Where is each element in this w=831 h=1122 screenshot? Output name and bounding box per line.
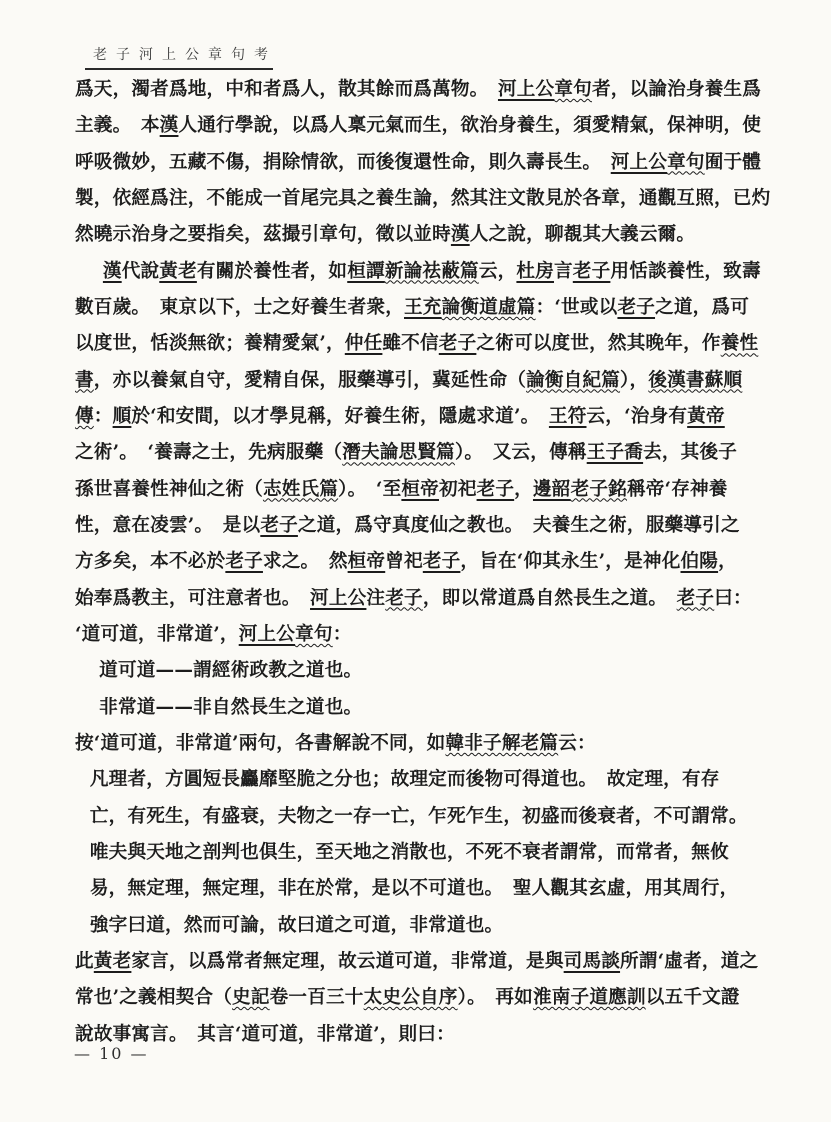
proper-noun-mark: 仲任 bbox=[345, 333, 383, 354]
proper-noun-mark: 王充 bbox=[404, 297, 442, 318]
text-line: 強字曰道，然而可論，故曰道之可道，非常道也。 bbox=[90, 908, 769, 944]
running-header: 老子河上公章句考 bbox=[85, 44, 285, 70]
text-run: 之術’。 ‘養壽之士，先病服藥（ bbox=[75, 442, 342, 463]
text-line: 以度世，恬淡無欲；養精愛氣’，仲任雖不信老子之術可以度世，然其晚年，作養性 bbox=[75, 326, 769, 362]
text-run: 爲天，濁者爲地，中和者爲人，散其餘而爲萬物。 bbox=[75, 79, 498, 100]
book-title-mark: 書 bbox=[75, 370, 94, 391]
text-run: 數百歲。 東京以下，士之好養生者衆， bbox=[75, 297, 404, 318]
text-run: 曰： bbox=[714, 588, 752, 609]
proper-noun-mark: 老子 bbox=[439, 333, 477, 354]
running-header-title: 老子河上公章句考 bbox=[85, 44, 285, 68]
proper-noun-mark: 河上公 bbox=[310, 588, 366, 609]
text-run: 代說 bbox=[122, 261, 160, 282]
proper-noun-mark: 老子 bbox=[617, 297, 655, 318]
text-run: ：‘世或以 bbox=[536, 297, 618, 318]
proper-noun-mark: 漢 bbox=[160, 115, 179, 136]
text-run: 稱帝‘存神養 bbox=[627, 479, 728, 500]
text-line: 之術’。 ‘養壽之士，先病服藥（潛夫論思賢篇）。 又云，傳稱王子喬去，其後子 bbox=[75, 435, 769, 471]
book-title-mark: 潛夫論思賢篇 bbox=[342, 442, 455, 463]
text-run: 孫世喜養性神仙之術（ bbox=[75, 479, 263, 500]
book-title-mark: 章句 bbox=[667, 152, 705, 173]
book-title-mark: 論衡自紀篇 bbox=[526, 370, 620, 391]
text-run: 強字曰道，然而可論，故曰道之可道，非常道也。 bbox=[90, 915, 503, 936]
book-title-mark: 老子銘 bbox=[571, 479, 627, 500]
text-run: 求之。 然 bbox=[263, 551, 348, 572]
proper-noun-mark: 桓帝 bbox=[348, 551, 386, 572]
text-line: 亡，有死生，有盛衰，夫物之一存一亡，乍死乍生，初盛而後衰者，不可謂常。 bbox=[90, 799, 769, 835]
proper-noun-mark: 漢 bbox=[451, 224, 470, 245]
text-run: 卷一百三十 bbox=[270, 987, 364, 1008]
text-run: 言 bbox=[554, 261, 573, 282]
book-title-mark: 養性 bbox=[721, 333, 759, 354]
text-run: ， bbox=[718, 551, 737, 572]
text-run: 非常道——非自然長生之道也。 bbox=[99, 697, 362, 718]
book-title-mark: 老子 bbox=[385, 588, 423, 609]
text-run: 家言，以爲常者無定理，故云道可道，非常道，是與 bbox=[131, 951, 563, 972]
text-run: 囿于體 bbox=[705, 152, 761, 173]
proper-noun-mark: 黃老 bbox=[159, 261, 197, 282]
text-run: 之術可以度世，然其晚年，作 bbox=[476, 333, 720, 354]
text-run: 者，以論治身養生爲 bbox=[592, 79, 761, 100]
text-line: 此黃老家言，以爲常者無定理，故云道可道，非常道，是與司馬談所謂‘虛者，道之 bbox=[75, 944, 769, 980]
proper-noun-mark: 河上公 bbox=[498, 79, 554, 100]
text-run: 說故事寓言。 其言‘道可道，非常道’，則曰： bbox=[75, 1024, 455, 1045]
proper-noun-mark: 河上公 bbox=[239, 624, 295, 645]
text-run: ： bbox=[94, 406, 113, 427]
text-run: 凡理者，方圓短長麤靡堅脆之分也；故理定而後物可得道也。 故定理，有存 bbox=[90, 769, 720, 790]
text-run: 有關於養性者，如 bbox=[197, 261, 347, 282]
text-run: ， bbox=[514, 479, 533, 500]
scanned-book-page: 老子河上公章句考 爲天，濁者爲地，中和者爲人，散其餘而爲萬物。 河上公章句者，以… bbox=[0, 0, 831, 1122]
proper-noun-mark: 順 bbox=[113, 406, 132, 427]
text-run: ，旨在‘仰其永生’，是神化 bbox=[460, 551, 680, 572]
book-title-mark: 淮南子道應訓 bbox=[533, 987, 646, 1008]
text-line: 始奉爲教主，可注意者也。 河上公注老子，即以常道爲自然長生之道。 老子曰： bbox=[75, 581, 769, 617]
proper-noun-mark: 黃帝 bbox=[687, 406, 725, 427]
text-run: 道可道——謂經術政教之道也。 bbox=[99, 660, 362, 681]
text-line: ‘道可道，非常道’，河上公章句： bbox=[75, 617, 769, 653]
text-run: ）， bbox=[620, 370, 648, 391]
text-line: 說故事寓言。 其言‘道可道，非常道’，則曰： bbox=[75, 1017, 769, 1053]
text-line: 數百歲。 東京以下，士之好養生者衆，王充論衡道虛篇：‘世或以老子之道，爲可 bbox=[75, 290, 769, 326]
proper-noun-mark: 伯陽 bbox=[681, 551, 719, 572]
text-run: 呼吸微妙，五藏不傷，捐除情欲，而後復還性命，則久壽長生。 bbox=[75, 152, 611, 173]
text-run: 易，無定理，無定理，非在於常，是以不可道也。 聖人觀其玄虛，用其周行， bbox=[90, 878, 738, 899]
book-title-mark: 章句 bbox=[554, 79, 592, 100]
text-run: 按‘道可道，非常道’兩句，各書解說不同，如 bbox=[75, 733, 445, 754]
text-line: 爲天，濁者爲地，中和者爲人，散其餘而爲萬物。 河上公章句者，以論治身養生爲 bbox=[75, 72, 769, 108]
text-line: 漢代說黃老有關於養性者，如桓譚新論祛蔽篇云，杜房言老子用恬談養性，致壽 bbox=[103, 254, 769, 290]
proper-noun-mark: 司馬談 bbox=[564, 951, 620, 972]
text-line: 易，無定理，無定理，非在於常，是以不可道也。 聖人觀其玄虛，用其周行， bbox=[90, 871, 769, 907]
text-run: ： bbox=[333, 624, 352, 645]
book-title-mark: 老子 bbox=[677, 588, 715, 609]
text-line: 孫世喜養性神仙之術（志姓氏篇）。 ‘至桓帝初祀老子，邊韶老子銘稱帝‘存神養 bbox=[75, 472, 769, 508]
text-run: 去，其後子 bbox=[643, 442, 737, 463]
text-line: 然曉示治身之要指矣，茲撮引章句，徵以並時漢人之說，聊覩其大義云爾。 bbox=[75, 217, 769, 253]
text-run: 人通行學說，以爲人稟元氣而生，欲治身養生，須愛精氣，保神明，使 bbox=[178, 115, 761, 136]
proper-noun-mark: 桓譚 bbox=[347, 261, 385, 282]
text-run: 用恬談養性，致壽 bbox=[610, 261, 760, 282]
proper-noun-mark: 老子 bbox=[477, 479, 515, 500]
text-line: 凡理者，方圓短長麤靡堅脆之分也；故理定而後物可得道也。 故定理，有存 bbox=[90, 762, 769, 798]
text-run: 性，意在凌雲’。 是以 bbox=[75, 515, 260, 536]
text-run: 所謂‘虛者，道之 bbox=[620, 951, 758, 972]
text-line: 主義。 本漢人通行學說，以爲人稟元氣而生，欲治身養生，須愛精氣，保神明，使 bbox=[75, 108, 769, 144]
text-run: 始奉爲教主，可注意者也。 bbox=[75, 588, 310, 609]
text-run: 初祀 bbox=[439, 479, 477, 500]
text-run: 唯夫與天地之剖判也俱生，至天地之消散也，不死不衰者謂常，而常者，無攸 bbox=[90, 842, 729, 863]
proper-noun-mark: 桓帝 bbox=[401, 479, 439, 500]
text-run: 以五千文證 bbox=[646, 987, 740, 1008]
text-run: 云， bbox=[479, 261, 517, 282]
text-run: 主義。 本 bbox=[75, 115, 160, 136]
text-line: 書，亦以養氣自守，愛精自保，服藥導引，冀延性命（論衡自紀篇），後漢書蘇順 bbox=[75, 363, 769, 399]
text-line: 唯夫與天地之剖判也俱生，至天地之消散也，不死不衰者謂常，而常者，無攸 bbox=[90, 835, 769, 871]
text-run: ）。 ‘至 bbox=[338, 479, 401, 500]
text-run: ）。 再如 bbox=[458, 987, 533, 1008]
book-title-mark: 章句 bbox=[295, 624, 333, 645]
proper-noun-mark: 王符 bbox=[549, 406, 587, 427]
text-run: 以度世，恬淡無欲；養精愛氣’， bbox=[75, 333, 345, 354]
text-run: 人之說，聊覩其大義云爾。 bbox=[470, 224, 696, 245]
proper-noun-mark: 杜房 bbox=[516, 261, 554, 282]
text-line: 常也’之義相契合（史記卷一百三十太史公自序）。 再如淮南子道應訓以五千文證 bbox=[75, 980, 769, 1016]
text-line: 呼吸微妙，五藏不傷，捐除情欲，而後復還性命，則久壽長生。 河上公章句囿于體 bbox=[75, 145, 769, 181]
text-run: 製，依經爲注，不能成一首尾完具之養生論，然其注文散見於各章，通觀互照，已灼 bbox=[75, 188, 770, 209]
proper-noun-mark: 河上公 bbox=[611, 152, 667, 173]
book-title-mark: 新論祛蔽篇 bbox=[385, 261, 479, 282]
text-line: 道可道——謂經術政教之道也。 bbox=[99, 653, 769, 689]
text-line: 按‘道可道，非常道’兩句，各書解說不同，如韓非子解老篇云： bbox=[75, 726, 769, 762]
book-title-mark: 韓非子解老篇 bbox=[445, 733, 558, 754]
proper-noun-mark: 老子 bbox=[225, 551, 263, 572]
text-run: ，即以常道爲自然長生之道。 bbox=[423, 588, 677, 609]
proper-noun-mark: 王子喬 bbox=[587, 442, 643, 463]
text-run: 之道，爲守真度仙之教也。 夫養生之術，服藥導引之 bbox=[298, 515, 740, 536]
text-run: 常也’之義相契合（ bbox=[75, 987, 232, 1008]
text-run: 於‘和安間，以才學見稱，好養生術，隱處求道’。 bbox=[131, 406, 549, 427]
text-run: 雖不信 bbox=[382, 333, 438, 354]
text-run: 云： bbox=[558, 733, 596, 754]
text-run: 曾祀 bbox=[385, 551, 423, 572]
text-run: 云，‘治身有 bbox=[587, 406, 688, 427]
proper-noun-mark: 老子 bbox=[573, 261, 611, 282]
book-title-mark: 志姓氏篇 bbox=[263, 479, 338, 500]
text-line: 方多矣，本不必於老子求之。 然桓帝曾祀老子，旨在‘仰其永生’，是神化伯陽， bbox=[75, 544, 769, 580]
text-line: 非常道——非自然長生之道也。 bbox=[99, 690, 769, 726]
text-line: 傳：順於‘和安間，以才學見稱，好養生術，隱處求道’。 王符云，‘治身有黃帝 bbox=[75, 399, 769, 435]
book-title-mark: 後漢書蘇順 bbox=[648, 370, 742, 391]
book-title-mark: 史記 bbox=[232, 987, 270, 1008]
proper-noun-mark: 邊韶 bbox=[533, 479, 571, 500]
text-run: 然曉示治身之要指矣，茲撮引章句，徵以並時 bbox=[75, 224, 451, 245]
text-run: ）。 又云，傳稱 bbox=[455, 442, 587, 463]
page-number: — 10 — bbox=[74, 1044, 149, 1063]
text-run: 亡，有死生，有盛衰，夫物之一存一亡，乍死乍生，初盛而後衰者，不可謂常。 bbox=[90, 806, 748, 827]
proper-noun-mark: 老子 bbox=[260, 515, 298, 536]
text-run: 之道，爲可 bbox=[655, 297, 749, 318]
text-run: 此 bbox=[75, 951, 94, 972]
text-run: 注 bbox=[366, 588, 385, 609]
page-body-text: 爲天，濁者爲地，中和者爲人，散其餘而爲萬物。 河上公章句者，以論治身養生爲主義。… bbox=[75, 72, 769, 1053]
text-line: 製，依經爲注，不能成一首尾完具之養生論，然其注文散見於各章，通觀互照，已灼 bbox=[75, 181, 769, 217]
header-rule bbox=[85, 68, 273, 70]
text-line: 性，意在凌雲’。 是以老子之道，爲守真度仙之教也。 夫養生之術，服藥導引之 bbox=[75, 508, 769, 544]
text-run: ，亦以養氣自守，愛精自保，服藥導引，冀延性命（ bbox=[94, 370, 526, 391]
book-title-mark: 太史公自序 bbox=[364, 987, 458, 1008]
text-run: ‘道可道，非常道’， bbox=[75, 624, 239, 645]
proper-noun-mark: 漢 bbox=[103, 261, 122, 282]
proper-noun-mark: 老子 bbox=[423, 551, 461, 572]
text-run: 方多矣，本不必於 bbox=[75, 551, 225, 572]
book-title-mark: 傳 bbox=[75, 406, 94, 427]
book-title-mark: 論衡道虛篇 bbox=[442, 297, 536, 318]
proper-noun-mark: 黃老 bbox=[94, 951, 132, 972]
